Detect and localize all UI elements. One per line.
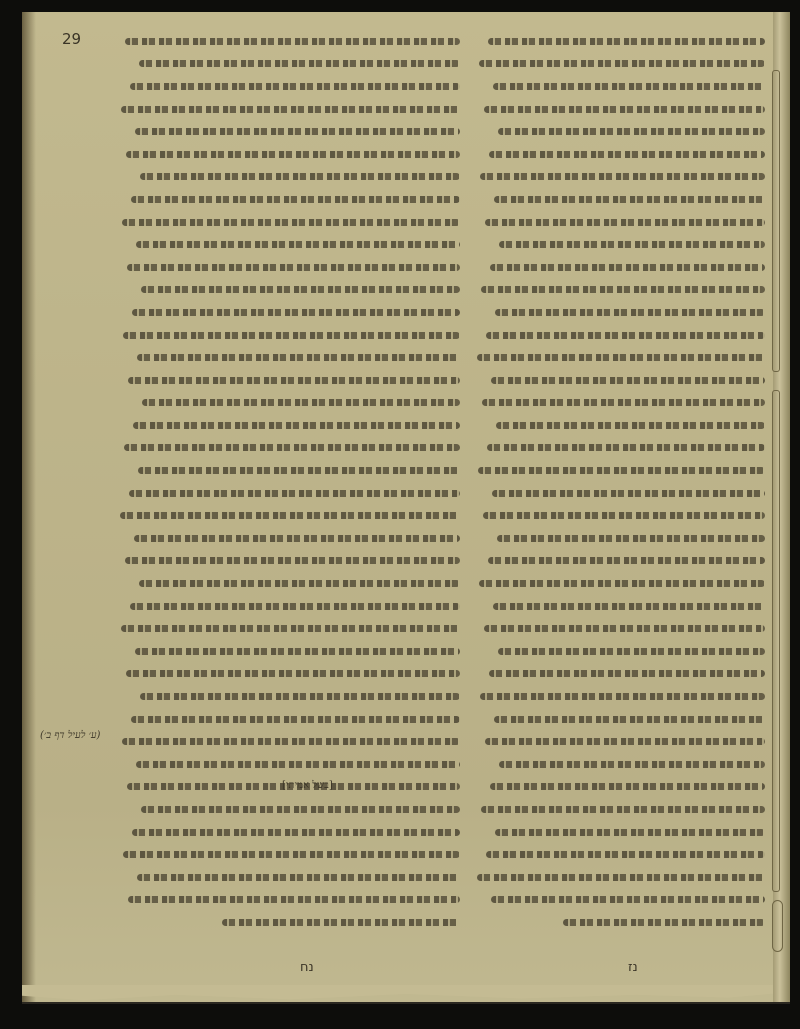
- handwritten-line: [470, 911, 765, 934]
- ink-stroke: [125, 38, 460, 45]
- handwritten-line: [115, 572, 460, 595]
- handwritten-line: [470, 120, 765, 143]
- ink-stroke: [125, 557, 460, 564]
- handwritten-line: [115, 843, 460, 866]
- ink-stroke: [132, 309, 460, 316]
- ink-stroke: [128, 377, 460, 384]
- ink-stroke: [141, 286, 460, 293]
- handwritten-line: [470, 595, 765, 618]
- handwritten-line: [470, 98, 765, 121]
- handwritten-line: [115, 685, 460, 708]
- handwritten-line: [115, 414, 460, 437]
- ink-stroke: [121, 625, 460, 632]
- ink-stroke: [480, 693, 765, 700]
- ink-stroke: [130, 83, 460, 90]
- ink-stroke: [135, 128, 460, 135]
- handwritten-line: [470, 324, 765, 347]
- section-heading: [בשל אמיתי]: [282, 780, 333, 791]
- ink-stroke: [130, 603, 460, 610]
- ink-stroke: [136, 761, 460, 768]
- ink-stroke: [485, 219, 765, 226]
- ink-stroke: [563, 919, 765, 926]
- ink-stroke: [138, 467, 460, 474]
- handwritten-line: [470, 301, 765, 324]
- handwritten-line: [470, 889, 765, 912]
- margin-note: (ע׳ לעיל דף ב׳): [40, 730, 100, 741]
- handwritten-line: [470, 392, 765, 415]
- handwritten-line: [115, 437, 460, 460]
- handwritten-line: [115, 301, 460, 324]
- handwritten-line: [115, 663, 460, 686]
- handwritten-line: [115, 527, 460, 550]
- handwritten-line: [470, 143, 765, 166]
- handwritten-line: [470, 346, 765, 369]
- ink-stroke: [142, 399, 460, 406]
- ink-stroke: [124, 444, 460, 451]
- ink-stroke: [494, 716, 765, 723]
- handwritten-line: [470, 369, 765, 392]
- handwritten-line: [115, 98, 460, 121]
- handwritten-line: [470, 866, 765, 889]
- handwritten-line: [470, 843, 765, 866]
- handwritten-line: [115, 233, 460, 256]
- handwritten-line: [470, 211, 765, 234]
- page-number: 29: [62, 30, 81, 48]
- ink-stroke: [481, 286, 765, 293]
- handwritten-line: [470, 166, 765, 189]
- ink-stroke: [490, 783, 765, 790]
- ink-stroke: [480, 173, 765, 180]
- handwritten-line: [470, 30, 765, 53]
- ink-stroke: [491, 896, 765, 903]
- ink-stroke: [488, 557, 765, 564]
- margin-rule: [772, 70, 780, 372]
- margin-rule: [772, 390, 780, 892]
- handwritten-line: [470, 617, 765, 640]
- handwritten-line: [115, 143, 460, 166]
- ink-stroke: [487, 444, 765, 451]
- ink-stroke: [121, 106, 460, 113]
- ink-stroke: [133, 422, 460, 429]
- ink-stroke: [120, 512, 460, 519]
- ink-stroke: [139, 60, 460, 67]
- ink-stroke: [135, 648, 460, 655]
- handwritten-line: [470, 414, 765, 437]
- handwritten-line: [115, 188, 460, 211]
- ink-stroke: [122, 219, 460, 226]
- handwritten-line: [115, 53, 460, 76]
- handwritten-line: [470, 75, 765, 98]
- handwritten-line: [115, 75, 460, 98]
- handwritten-line: [470, 504, 765, 527]
- ink-stroke: [479, 60, 765, 67]
- ink-stroke: [486, 851, 765, 858]
- ink-stroke: [497, 535, 765, 542]
- handwritten-line: [115, 346, 460, 369]
- ink-stroke: [141, 806, 460, 813]
- ink-stroke: [478, 467, 765, 474]
- ink-stroke: [128, 896, 460, 903]
- ink-stroke: [126, 151, 460, 158]
- ink-stroke: [482, 399, 765, 406]
- ink-stroke: [492, 490, 765, 497]
- handwritten-line: [470, 730, 765, 753]
- ink-stroke: [132, 829, 460, 836]
- ink-stroke: [483, 512, 765, 519]
- ink-stroke: [481, 806, 765, 813]
- handwritten-line: [470, 821, 765, 844]
- ink-stroke: [131, 196, 460, 203]
- handwritten-line: [470, 776, 765, 799]
- ink-stroke: [126, 670, 460, 677]
- ink-stroke: [222, 919, 460, 926]
- handwritten-line: [470, 572, 765, 595]
- handwritten-line: [115, 550, 460, 573]
- handwritten-line: [115, 256, 460, 279]
- handwritten-line: [470, 663, 765, 686]
- ink-stroke: [122, 738, 460, 745]
- ink-stroke: [479, 580, 765, 587]
- ink-stroke: [137, 354, 460, 361]
- ink-stroke: [137, 874, 460, 881]
- ink-stroke: [494, 196, 765, 203]
- handwritten-line: [115, 617, 460, 640]
- handwritten-line: [115, 166, 460, 189]
- ink-stroke: [491, 377, 765, 384]
- ink-stroke: [484, 106, 765, 113]
- handwritten-line: [470, 685, 765, 708]
- ink-stroke: [498, 128, 765, 135]
- handwritten-line: [470, 188, 765, 211]
- ink-stroke: [495, 309, 765, 316]
- handwritten-line: [470, 459, 765, 482]
- handwritten-line: [115, 866, 460, 889]
- ink-stroke: [140, 693, 460, 700]
- ink-stroke: [498, 648, 765, 655]
- ink-stroke: [493, 603, 765, 610]
- handwritten-line: [470, 279, 765, 302]
- ink-stroke: [486, 332, 765, 339]
- ink-stroke: [477, 874, 765, 881]
- handwritten-line: [470, 53, 765, 76]
- handwritten-line: [115, 730, 460, 753]
- ink-stroke: [484, 625, 765, 632]
- ink-stroke: [123, 332, 460, 339]
- ink-stroke: [495, 829, 765, 836]
- ink-stroke: [136, 241, 460, 248]
- ink-stroke: [499, 761, 765, 768]
- handwritten-line: [470, 798, 765, 821]
- folio-number-right: נז: [628, 960, 638, 975]
- folio-number-left: נח: [300, 960, 314, 975]
- ink-stroke: [490, 264, 765, 271]
- ink-stroke: [496, 422, 765, 429]
- handwritten-line: [470, 482, 765, 505]
- handwritten-line: [115, 482, 460, 505]
- ink-stroke: [493, 83, 765, 90]
- handwritten-line: [115, 120, 460, 143]
- handwritten-line: [115, 504, 460, 527]
- ink-stroke: [127, 264, 460, 271]
- ink-stroke: [134, 535, 460, 542]
- handwritten-line: [470, 550, 765, 573]
- handwritten-line: [470, 233, 765, 256]
- handwritten-line: [115, 595, 460, 618]
- ink-stroke: [489, 151, 765, 158]
- ink-stroke: [499, 241, 765, 248]
- handwritten-line: [115, 911, 460, 934]
- handwritten-line: [115, 640, 460, 663]
- handwritten-line: [115, 753, 460, 776]
- handwritten-line: [470, 527, 765, 550]
- handwritten-line: [115, 459, 460, 482]
- ink-stroke: [485, 738, 765, 745]
- handwritten-line: [115, 369, 460, 392]
- ink-stroke: [489, 670, 765, 677]
- handwritten-line: [115, 211, 460, 234]
- handwritten-line: [115, 798, 460, 821]
- handwritten-line: [115, 279, 460, 302]
- ink-stroke: [123, 851, 460, 858]
- text-column-right: [470, 30, 765, 934]
- ink-stroke: [140, 173, 460, 180]
- handwritten-line: [470, 256, 765, 279]
- ink-stroke: [477, 354, 765, 361]
- handwritten-line: [115, 30, 460, 53]
- handwritten-line: [115, 889, 460, 912]
- margin-rule-end: [772, 900, 783, 952]
- handwritten-line: [115, 392, 460, 415]
- handwritten-line: [470, 753, 765, 776]
- handwritten-line: [470, 708, 765, 731]
- ink-stroke: [488, 38, 765, 45]
- ink-stroke: [129, 490, 460, 497]
- handwritten-line: [115, 708, 460, 731]
- handwritten-line: [115, 324, 460, 347]
- text-column-left: [115, 30, 460, 934]
- handwritten-line: [470, 640, 765, 663]
- handwritten-line: [470, 437, 765, 460]
- ink-stroke: [131, 716, 460, 723]
- handwritten-line: [115, 821, 460, 844]
- ink-stroke: [139, 580, 460, 587]
